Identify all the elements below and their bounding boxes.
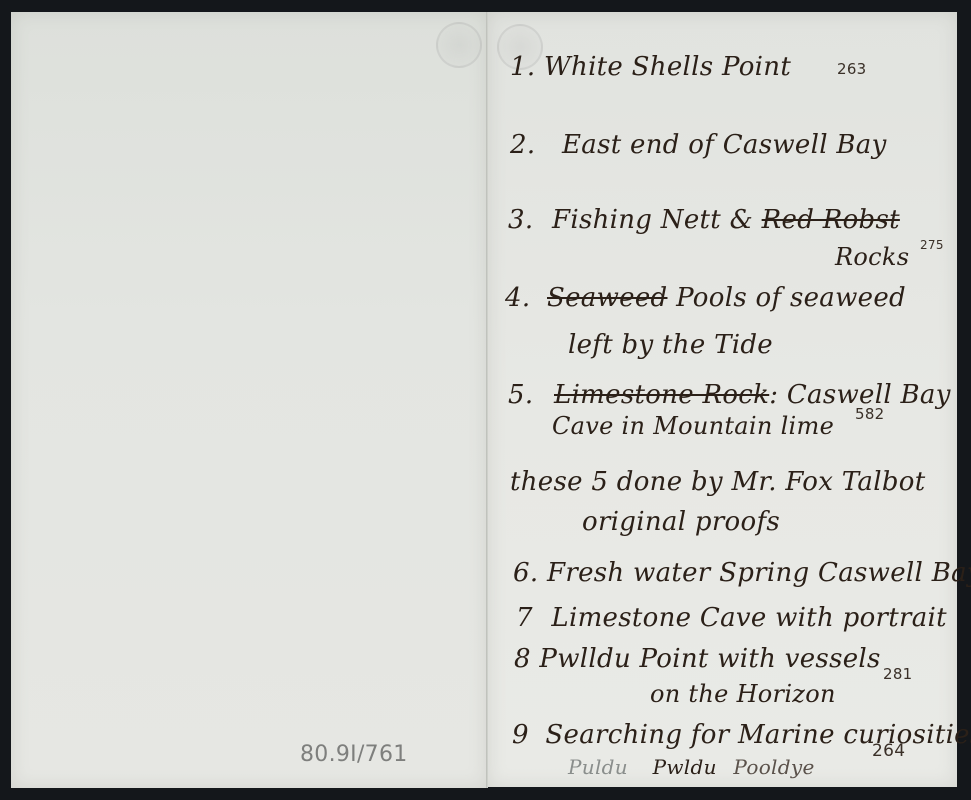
item-continuation: left by the Tide [568, 330, 773, 360]
item-number: 5. [508, 380, 533, 410]
item-text: Pools of seaweed [676, 283, 906, 313]
list-item-1: 1. White Shells Point [510, 52, 791, 82]
item-text: Searching for Marine curiosities [545, 720, 971, 750]
item-number: 4. [505, 283, 530, 313]
item-text: Fishing Nett & [552, 205, 753, 235]
left-page [11, 12, 487, 788]
list-item-3: 3. Fishing Nett & Red Robst [508, 205, 900, 235]
variant: Pooldye [733, 755, 814, 779]
struck-text: Limestone Rock [554, 380, 769, 410]
page-fold [486, 12, 488, 788]
item-annotation: 281 [883, 665, 913, 683]
archive-reference: 80.9I/761 [300, 742, 408, 767]
variant: Puldu [568, 755, 628, 779]
item-number: 3. [508, 205, 533, 235]
struck-text: Red Robst [762, 205, 900, 235]
struck-text: Seaweed [547, 283, 667, 313]
item-number: 1. [510, 52, 535, 82]
attribution-note-continuation: original proofs [582, 507, 780, 537]
attribution-note: these 5 done by Mr. Fox Talbot [510, 467, 925, 497]
list-item-8: 8 Pwlldu Point with vessels [514, 644, 881, 674]
item-annotation: 264 [872, 741, 905, 761]
spelling-variants: Puldu Pwldu Pooldye [568, 755, 815, 779]
variant: Pwldu [653, 755, 717, 779]
list-item-7: 7 Limestone Cave with portrait [516, 603, 947, 633]
item-number: 2. [510, 130, 535, 160]
item-annotation: 582 [855, 405, 885, 423]
item-text: Pwlldu Point with vessels [539, 644, 880, 674]
item-number: 7 [516, 603, 533, 633]
item-text: White Shells Point [544, 52, 791, 82]
list-item-2: 2. East end of Caswell Bay [510, 130, 887, 160]
item-text: East end of Caswell Bay [562, 130, 887, 160]
item-number: 6. [513, 558, 538, 588]
item-continuation: on the Horizon [650, 680, 836, 708]
item-text: Limestone Cave with portrait [551, 603, 947, 633]
item-annotation: 263 [837, 60, 867, 78]
item-number: 9 [512, 720, 529, 750]
item-annotation: 275 [920, 238, 944, 252]
item-number: 8 [514, 644, 531, 674]
list-item-4: 4. Seaweed Pools of seaweed [505, 283, 906, 313]
manuscript-scan: ​ 80.9I/761 1. White Shells Point 263 2.… [0, 0, 971, 800]
embossed-stamp-icon [436, 22, 482, 68]
item-continuation: Cave in Mountain lime [552, 412, 834, 440]
item-continuation: Rocks [835, 243, 909, 271]
list-item-6: 6. Fresh water Spring Caswell Bay [513, 558, 971, 588]
item-text: Fresh water Spring Caswell Bay [547, 558, 971, 588]
